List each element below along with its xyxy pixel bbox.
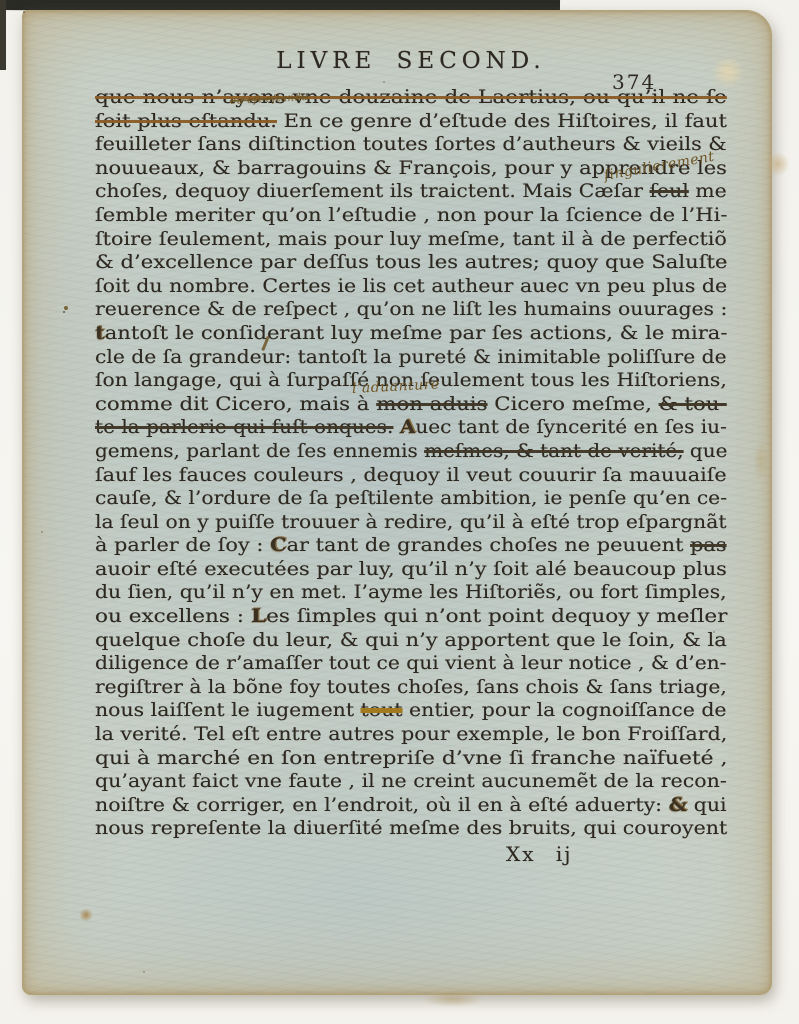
printed-text: ou excellens :	[95, 605, 251, 627]
text-line-content: la verité. Tel eſt entre autres pour exe…	[95, 723, 727, 747]
text-line-content: qui à marché en ſon entrepriſe d’vne ſi …	[95, 747, 727, 771]
text-line: nous repreſente la diuerſité meſme des b…	[95, 817, 727, 841]
printed-text: ſauf les fauces couleurs , dequoy il veu…	[95, 464, 727, 486]
text-line: ſoit du nombre. Certes ie lis cet autheu…	[95, 275, 727, 299]
text-line: ſtoire ſeulement, mais pour luy meſme, t…	[95, 228, 727, 252]
text-line-content: ſoit du nombre. Certes ie lis cet autheu…	[95, 275, 727, 299]
text-line-content: regiſtrer à la bõne foy toutes choſes, ſ…	[95, 676, 727, 700]
text-line: choſes, dequoy diuerſement ils traictent…	[95, 180, 727, 204]
text-line-content: du ſien, qu’il n’y en met. I’ayme les Hi…	[95, 581, 727, 605]
text-line-content: noiſtre & corriger, en l’endroit, où il …	[95, 794, 727, 818]
printed-text: En ce genre d’eſtude des Hiſtoires, il f…	[277, 110, 727, 132]
text-line-content: à parler de ſoy : Car tant de grandes ch…	[95, 534, 727, 558]
text-line: du ſien, qu’il n’y en met. I’ayme les Hi…	[95, 581, 727, 605]
text-line: comme dit Cicero, mais à mon aduis Cicer…	[95, 393, 727, 417]
struck-out-text: te la parlerie qui fuſt onques.	[95, 416, 393, 438]
text-line-content: qu’ayant faict vne faute , il ne creint …	[95, 770, 727, 794]
printed-text: me	[689, 180, 727, 202]
text-line: feuilleter ſans diſtinction toutes ſorte…	[95, 133, 727, 157]
hand-retouched-letter: C	[270, 534, 287, 556]
text-line: qu’ayant faict vne faute , il ne creint …	[95, 770, 727, 794]
hand-retouched-letter: A	[400, 416, 416, 438]
text-line: que nous n’ayons vne douzaine de Laertiu…	[95, 86, 727, 110]
printed-text: la verité. Tel eſt entre autres pour exe…	[95, 723, 727, 745]
text-line-content: quelque choſe du leur, & qui n’y apporte…	[95, 629, 727, 653]
text-line-content: reuerence & de reſpect , qu’on ne liſt l…	[95, 298, 727, 322]
text-line-content: nouueaux, & barragouins & François, pour…	[95, 157, 727, 181]
text-line-content: gemens, parlant de ſes ennemis meſmes, &…	[95, 440, 727, 464]
text-line-content: ſauf les fauces couleurs , dequoy il veu…	[95, 464, 727, 488]
struck-out-text: ſeul	[649, 180, 688, 202]
text-line: ſon langage, qui à ſurpaſſé non ſeulemen…	[95, 369, 727, 393]
printed-text: choſes, dequoy diuerſement ils traictent…	[95, 180, 649, 202]
struck-out-text: mon aduis	[376, 393, 487, 415]
printed-text: antoſt le conſiderant luy meſme par ſes …	[105, 322, 728, 344]
text-line: noiſtre & corriger, en l’endroit, où il …	[95, 794, 727, 818]
signature-mark: Xx ij	[506, 842, 572, 866]
text-line-content: nous repreſente la diuerſité meſme des b…	[95, 817, 727, 841]
stain	[767, 151, 789, 177]
text-line: gemens, parlant de ſes ennemis meſmes, &…	[95, 440, 727, 464]
text-line: nous laiſſent le iugement tout entier, p…	[95, 699, 727, 723]
text-line: ſoit plus eſtandu. En ce genre d’eſtude …	[95, 110, 727, 134]
text-line: te la parlerie qui fuſt onques. Auec tan…	[95, 416, 727, 440]
text-line-content: ſtoire ſeulement, mais pour luy meſme, t…	[95, 228, 727, 252]
text-line: & d’excellence par deſſus tous les autre…	[95, 251, 727, 275]
printed-text: qui à marché en ſon entrepriſe d’vne ſi …	[95, 747, 727, 769]
printed-text: noiſtre & corriger, en l’endroit, où il …	[95, 794, 669, 816]
text-line-content: tantoſt le conſiderant luy meſme par ſes…	[95, 322, 728, 346]
text-line-content: diligence de r’amaſſer tout ce qui vient…	[95, 652, 727, 676]
text-line: cauſe, & l’ordure de ſa peſtilente ambit…	[95, 487, 727, 511]
hand-retouched-letter: L	[251, 605, 266, 627]
text-line: la ſeul on y puiſſe trouuer à redire, qu…	[95, 511, 727, 535]
printed-text: du ſien, qu’il n’y en met. I’ayme les Hi…	[95, 581, 727, 603]
printed-text: auoir eſté executées par luy, qu’il n’y …	[95, 558, 727, 580]
photo-background-edge-left	[0, 0, 6, 70]
printed-text: gemens, parlant de ſes ennemis	[95, 440, 424, 462]
stain	[79, 909, 93, 921]
printed-text-block: que nous n’ayons vne douzaine de Laertiu…	[95, 86, 727, 841]
text-line: ou excellens : Les ſimples qui n’ont poi…	[95, 605, 727, 629]
text-line-content: la ſeul on y puiſſe trouuer à redire, qu…	[95, 511, 726, 535]
text-line: regiſtrer à la bõne foy toutes choſes, ſ…	[95, 676, 727, 700]
printed-text: quelque choſe du leur, & qui n’y apporte…	[95, 629, 727, 651]
printed-text: entier, pour la cognoiſſance de	[403, 699, 727, 721]
printed-text: es ſimples qui n’ont point dequoy y meſl…	[266, 605, 727, 627]
text-line: qui à marché en ſon entrepriſe d’vne ſi …	[95, 747, 727, 771]
hand-retouched-letter: &	[669, 794, 688, 816]
printed-text: Cicero meſme,	[488, 393, 659, 415]
text-line: tantoſt le conſiderant luy meſme par ſes…	[95, 322, 727, 346]
struck-out-text: que nous n’ayons vne douzaine de Laertiu…	[95, 86, 727, 108]
scanned-book-photo: LIVRE SECOND. 374 que nous n’ayons vne d…	[0, 0, 799, 1024]
struck-out-text: tout	[361, 699, 403, 721]
printed-text: ſon langage, qui à ſurpaſſé non ſeulemen…	[95, 369, 727, 391]
text-line: quelque choſe du leur, & qui n’y apporte…	[95, 629, 727, 653]
text-line: nouueaux, & barragouins & François, pour…	[95, 157, 727, 181]
text-line-content: te la parlerie qui fuſt onques. Auec tan…	[95, 416, 727, 440]
text-line: diligence de r’amaſſer tout ce qui vient…	[95, 652, 727, 676]
printed-text: uec tant de ſyncerité en ſes iu-	[415, 416, 727, 438]
text-line-content: cauſe, & l’ordure de ſa peſtilente ambit…	[95, 487, 727, 511]
text-line-content: que nous n’ayons vne douzaine de Laertiu…	[95, 86, 727, 110]
stain	[423, 991, 483, 1007]
struck-out-text: meſmes, & tant de verité,	[424, 440, 683, 462]
printed-text: à parler de ſoy :	[95, 534, 270, 556]
struck-out-text: ſoit plus eſtandu.	[95, 110, 277, 132]
text-line-content: ſoit plus eſtandu. En ce genre d’eſtude …	[95, 110, 727, 134]
paper-specks	[23, 11, 25, 13]
struck-out-text: pas	[690, 534, 726, 556]
stain	[753, 441, 769, 481]
printed-text: comme dit Cicero, mais à	[95, 393, 376, 415]
printed-text: cle de ſa grandeur: tantoſt la pureté & …	[95, 346, 727, 368]
text-line-content: ſon langage, qui à ſurpaſſé non ſeulemen…	[95, 369, 727, 393]
text-line-content: feuilleter ſans diſtinction toutes ſorte…	[95, 133, 727, 157]
printed-text: ſtoire ſeulement, mais pour luy meſme, t…	[95, 228, 727, 250]
printed-text: ar tant de grandes choſes ne peuuent	[287, 534, 690, 556]
printed-text: nouueaux, & barragouins & François, pour…	[95, 157, 727, 179]
printed-text: feuilleter ſans diſtinction toutes ſorte…	[95, 133, 727, 155]
printed-text: qui	[687, 794, 726, 816]
printed-text: nous laiſſent le iugement	[95, 699, 361, 721]
text-line-content: nous laiſſent le iugement tout entier, p…	[95, 699, 727, 723]
text-line-content: auoir eſté executées par luy, qu’il n’y …	[95, 558, 727, 582]
printed-text: ſemble meriter qu’on l’eſtudie , non pou…	[95, 204, 727, 226]
text-line: auoir eſté executées par luy, qu’il n’y …	[95, 558, 727, 582]
printed-text: nous repreſente la diuerſité meſme des b…	[95, 817, 727, 839]
text-line-content: comme dit Cicero, mais à mon aduis Cicer…	[95, 393, 727, 417]
text-line-content: ou excellens : Les ſimples qui n’ont poi…	[95, 605, 727, 629]
text-line: cle de ſa grandeur: tantoſt la pureté & …	[95, 346, 727, 370]
printed-text: & d’excellence par deſſus tous les autre…	[95, 251, 728, 273]
text-line-content: cle de ſa grandeur: tantoſt la pureté & …	[95, 346, 727, 370]
text-line: ſemble meriter qu’on l’eſtudie , non pou…	[95, 204, 727, 228]
text-line: la verité. Tel eſt entre autres pour exe…	[95, 723, 727, 747]
printed-text: ſoit du nombre. Certes ie lis cet autheu…	[95, 275, 727, 297]
printed-text: cauſe, & l’ordure de ſa peſtilente ambit…	[95, 487, 727, 509]
printed-text: diligence de r’amaſſer tout ce qui vient…	[95, 652, 727, 674]
printed-text: la ſeul on y puiſſe trouuer à redire, qu…	[95, 511, 726, 533]
text-line: reuerence & de reſpect , qu’on ne liſt l…	[95, 298, 727, 322]
text-line-content: & d’excellence par deſſus tous les autre…	[95, 251, 728, 275]
printed-text: que	[684, 440, 728, 462]
hand-retouched-letter: t	[95, 322, 105, 344]
printed-text: regiſtrer à la bõne foy toutes choſes, ſ…	[95, 676, 727, 698]
struck-out-text: & tou-	[659, 393, 727, 415]
printed-text: reuerence & de reſpect , qu’on ne liſt l…	[95, 298, 727, 320]
printed-text: qu’ayant faict vne faute , il ne creint …	[95, 770, 727, 792]
text-line-content: choſes, dequoy diuerſement ils traictent…	[95, 180, 727, 204]
text-line: à parler de ſoy : Car tant de grandes ch…	[95, 534, 727, 558]
text-line-content: ſemble meriter qu’on l’eſtudie , non pou…	[95, 204, 727, 228]
text-line: ſauf les fauces couleurs , dequoy il veu…	[95, 464, 727, 488]
